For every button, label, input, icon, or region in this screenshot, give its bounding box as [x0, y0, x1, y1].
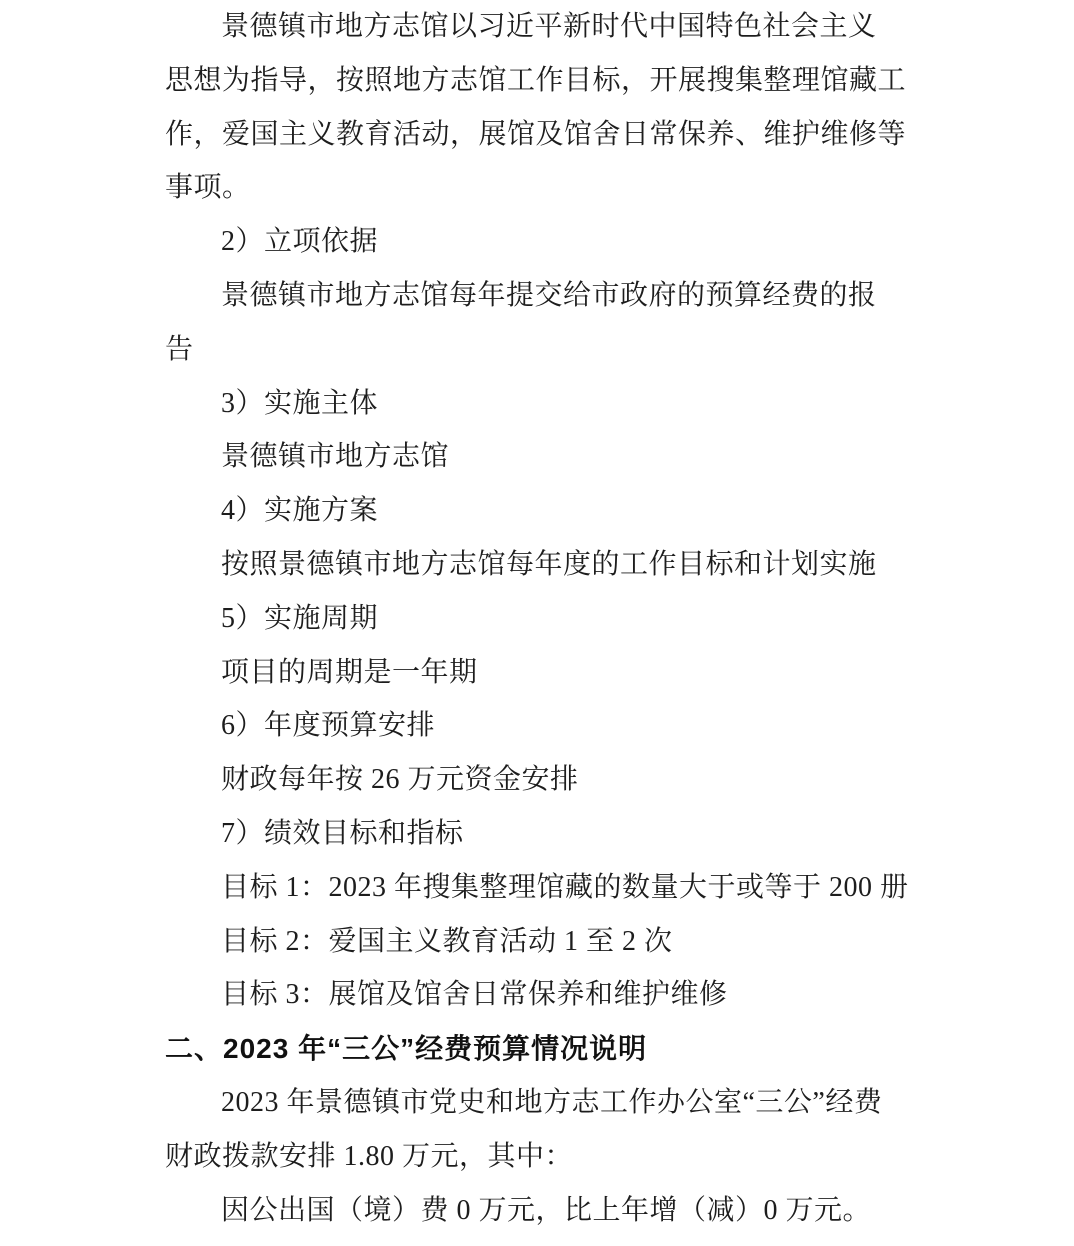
text-line: 项目的周期是一年期 [165, 646, 924, 700]
text-line: 财政每年按 26 万元资金安排 [165, 753, 924, 807]
numbered-item-heading: 2）立项依据 [165, 215, 924, 269]
text-line: 景德镇市地方志馆 [165, 430, 924, 484]
section-heading: 二、2023 年“三公”经费预算情况说明 [165, 1022, 924, 1076]
text-line: 景德镇市地方志馆每年提交给市政府的预算经费的报 [165, 269, 924, 323]
numbered-item-heading: 4）实施方案 [165, 484, 924, 538]
document-page: 景德镇市地方志馆以习近平新时代中国特色社会主义 思想为指导，按照地方志馆工作目标… [0, 0, 1074, 1246]
numbered-item-heading: 3）实施主体 [165, 377, 924, 431]
numbered-item-heading: 6）年度预算安排 [165, 699, 924, 753]
numbered-item-heading: 7）绩效目标和指标 [165, 807, 924, 861]
text-line: 景德镇市地方志馆以习近平新时代中国特色社会主义 [165, 0, 924, 54]
text-line: 2023 年景德镇市党史和地方志工作办公室“三公”经费 [165, 1076, 924, 1130]
text-line: 因公出国（境）费 0 万元，比上年增（减）0 万元。 [165, 1184, 924, 1238]
goal-line: 目标 2：爱国主义教育活动 1 至 2 次 [165, 915, 924, 969]
text-line: 作，爱国主义教育活动，展馆及馆舍日常保养、维护维修等 [165, 108, 924, 162]
text-line: 告 [165, 323, 924, 377]
goal-line: 目标 1：2023 年搜集整理馆藏的数量大于或等于 200 册 [165, 861, 924, 915]
text-line: 思想为指导，按照地方志馆工作目标，开展搜集整理馆藏工 [165, 54, 924, 108]
goal-line: 目标 3：展馆及馆舍日常保养和维护维修 [165, 968, 924, 1022]
text-line: 财政拨款安排 1.80 万元，其中： [165, 1130, 924, 1184]
text-line: 按照景德镇市地方志馆每年度的工作目标和计划实施 [165, 538, 924, 592]
text-line: 事项。 [165, 161, 924, 215]
numbered-item-heading: 5）实施周期 [165, 592, 924, 646]
